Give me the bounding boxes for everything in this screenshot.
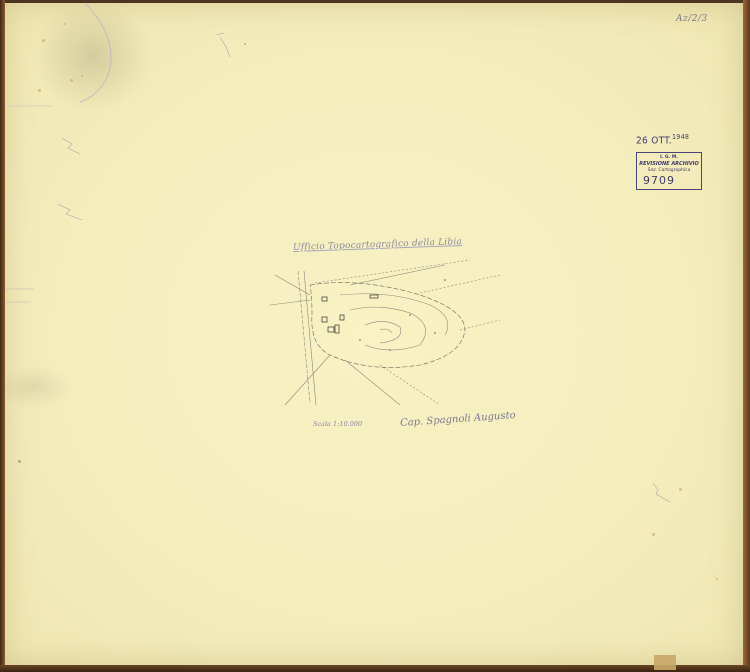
pencil-arc <box>0 0 130 120</box>
stamp-date-day: 26 OTT. <box>636 135 672 146</box>
map-drawing <box>270 255 500 415</box>
margin-sketch-marks <box>50 130 110 220</box>
margin-sketch-mark <box>650 480 690 510</box>
frame-edge-bottom <box>0 665 750 672</box>
stamp-line-2: REVISIONE ARCHIVIO <box>637 161 701 167</box>
stamp-date-year: 1948 <box>672 133 689 141</box>
margin-scale-marks <box>4 285 34 315</box>
foxing-spot <box>652 533 655 536</box>
stamp-line-3: Sez. Cartographica <box>637 168 701 173</box>
scale-label: Scala 1:10.000 <box>313 420 362 428</box>
foxing-spot <box>716 578 718 580</box>
stamp-number: 9709 <box>643 174 675 187</box>
frame-edge-right <box>743 0 750 672</box>
tape-fragment <box>654 655 676 670</box>
margin-sketch-mark <box>210 25 250 65</box>
archive-stamp: I. G. M. REVISIONE ARCHIVIO Sez. Cartogr… <box>636 152 702 190</box>
stamp-date: 26 OTT.1948 <box>636 133 689 146</box>
reference-code: Az/2/3 <box>676 14 708 24</box>
foxing-spot <box>18 460 21 463</box>
stamp-line-1: I. G. M. <box>637 155 701 160</box>
